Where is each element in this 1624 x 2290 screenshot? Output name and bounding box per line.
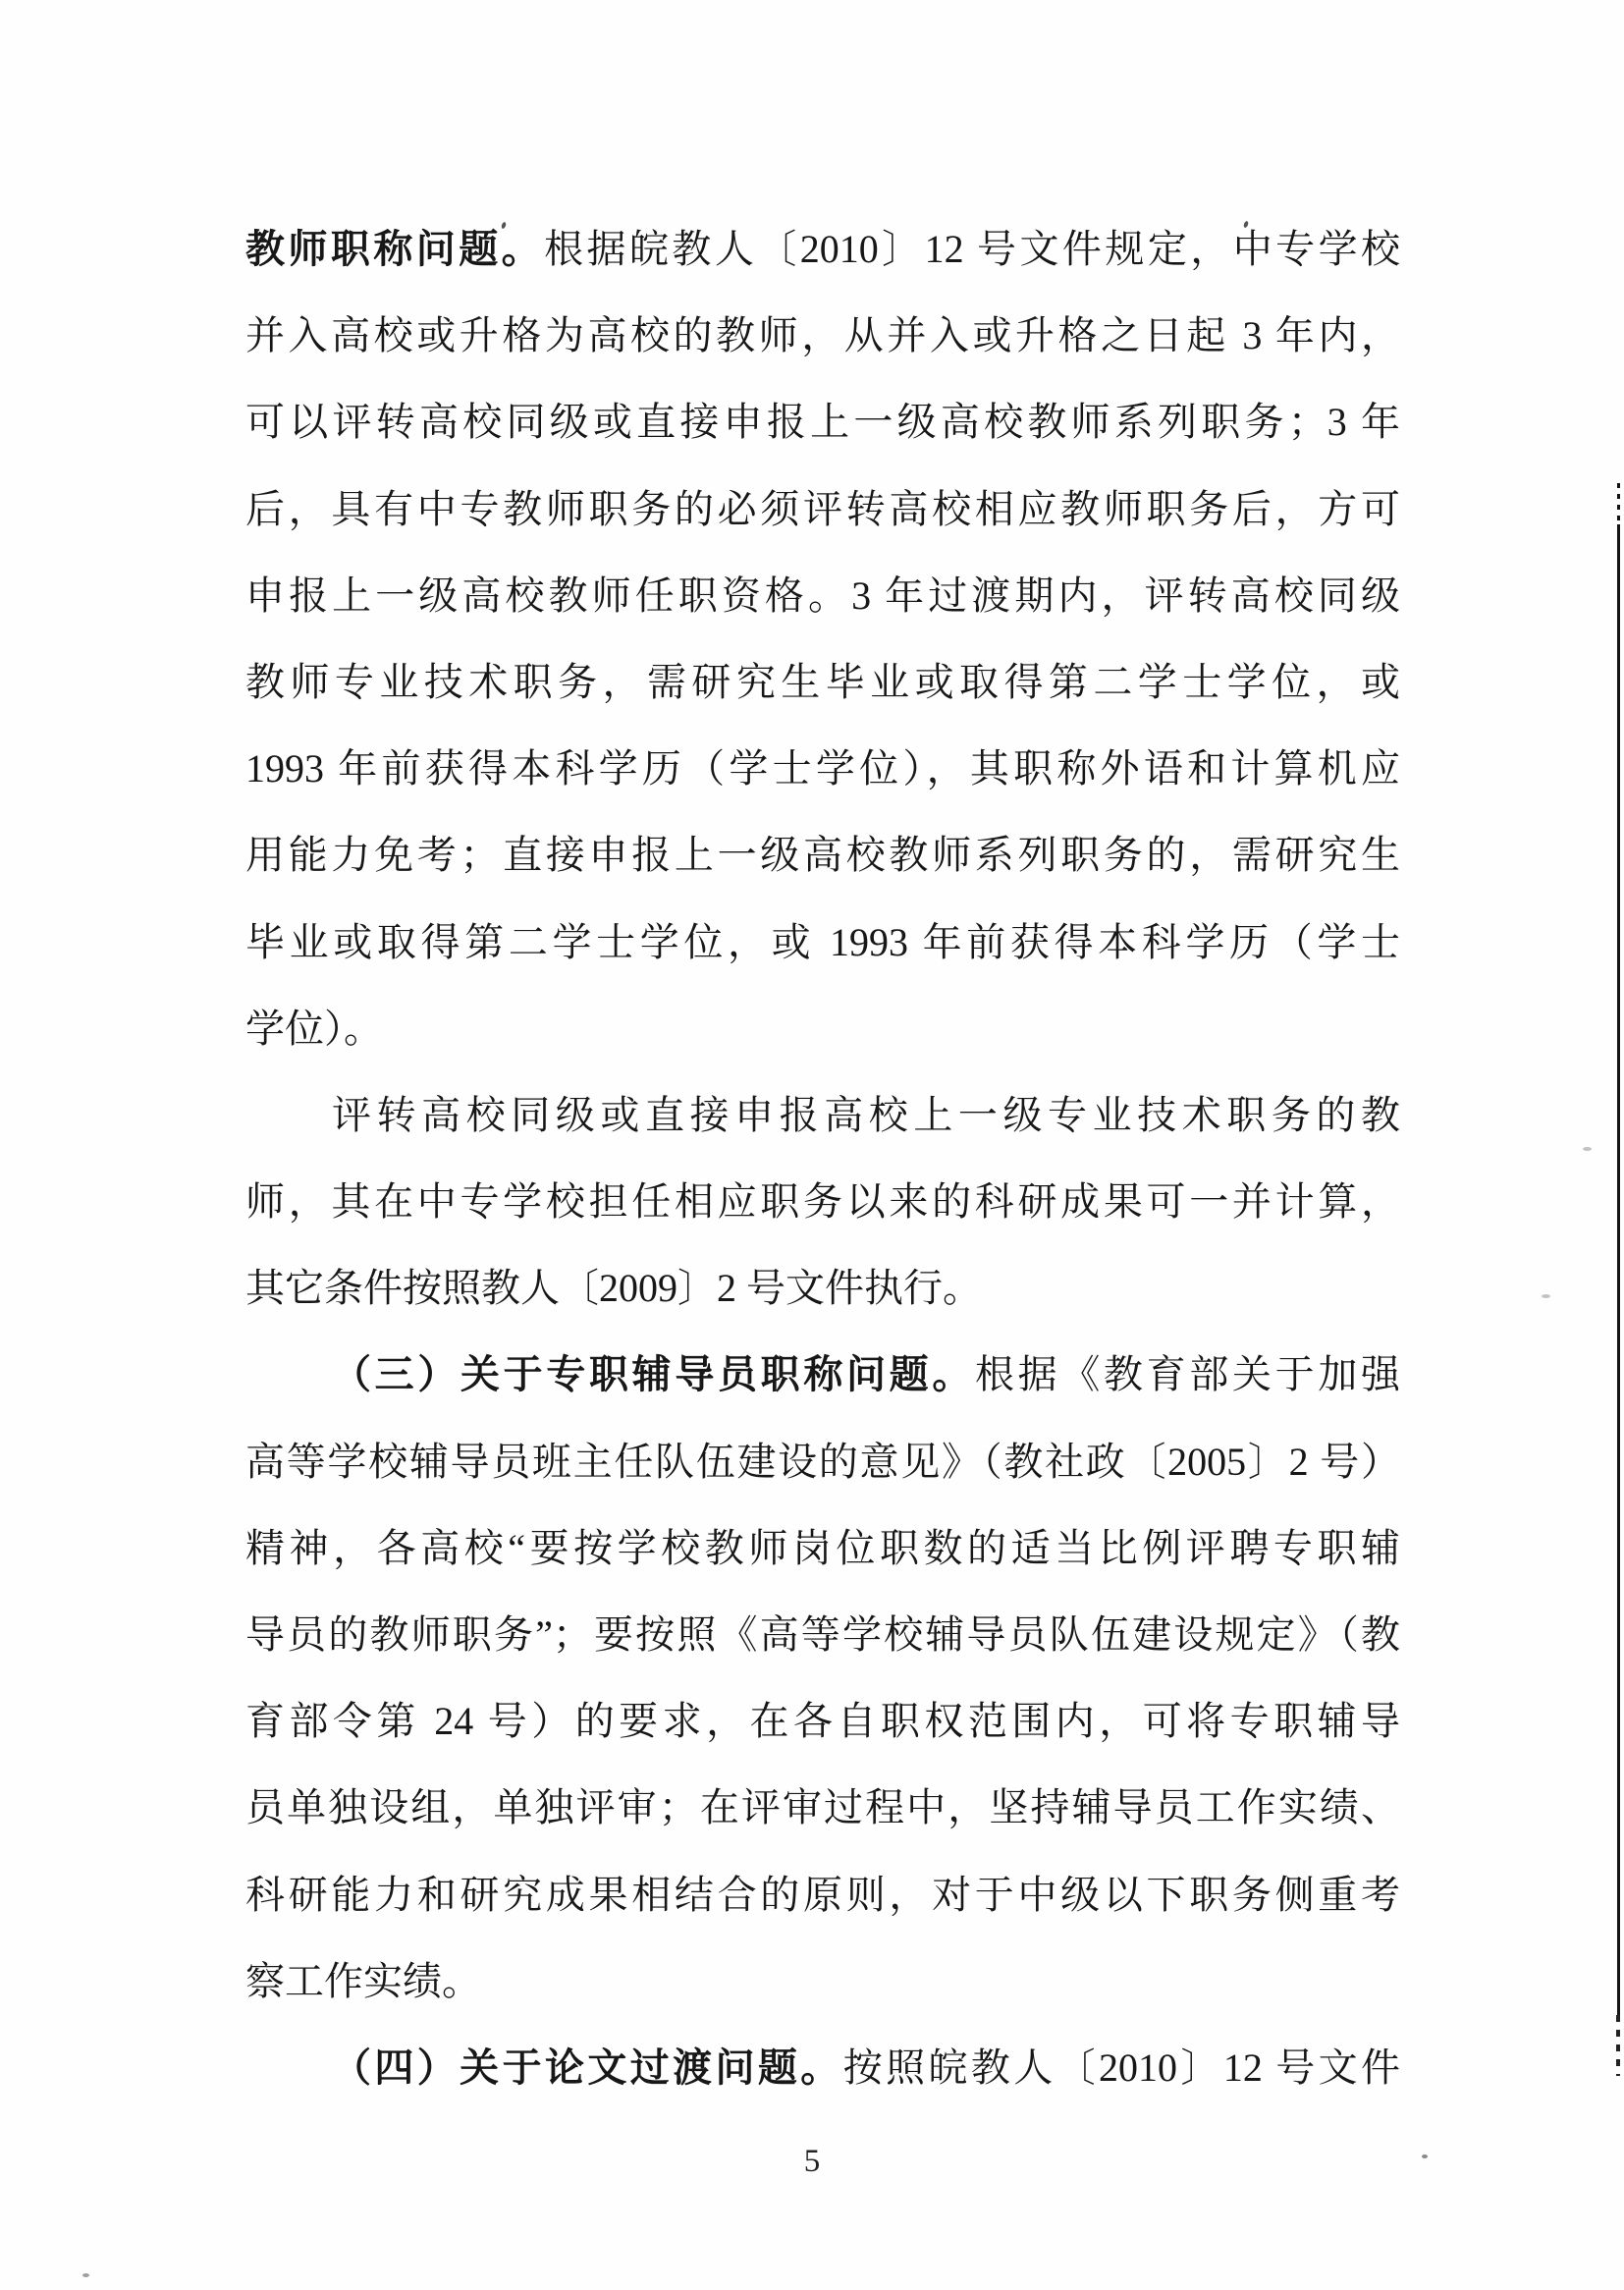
line-text: 根据《教育部关于加强 — [975, 1352, 1400, 1396]
line-text: 并入高校或升格为高校的教师，从并入或升格之日起 3 年内， — [245, 313, 1400, 357]
scan-artifact-line-bottom — [1616, 2015, 1620, 2076]
scan-speck — [82, 2273, 89, 2277]
text-line: 教师专业技术职务，需研究生毕业或取得第二学士学位，或 — [245, 639, 1400, 726]
line-text: 员单独设组，单独评审；在评审过程中，坚持辅导员工作实绩、 — [245, 1785, 1400, 1829]
line-text: 精神，各高校“要按学校教师岗位职数的适当比例评聘专职辅 — [245, 1526, 1400, 1570]
line-text: 科研能力和研究成果相结合的原则，对于中级以下职务侧重考 — [245, 1873, 1400, 1917]
line-text: 后，具有中专教师职务的必须评转高校相应教师职务后，方可 — [245, 487, 1400, 531]
text-line: 评转高校同级或直接申报高校上一级专业技术职务的教 — [245, 1072, 1400, 1159]
line-text: 用能力免考；直接申报上一级高校教师系列职务的，需研究生 — [245, 833, 1400, 877]
text-line: 高等学校辅导员班主任队伍建设的意见》（教社政〔2005〕2 号） — [245, 1419, 1400, 1505]
bold-heading: （三）关于专职辅导员职称问题。 — [332, 1352, 975, 1396]
text-line: 察工作实绩。 — [245, 1938, 1400, 2025]
text-line: 毕业或取得第二学士学位，或 1993 年前获得本科学历（学士 — [245, 900, 1400, 986]
line-text: 学位）。 — [245, 1007, 383, 1051]
bold-heading: 教师职称问题。 — [245, 227, 544, 271]
document-body: 教师职称问题。根据皖教人〔2010〕12 号文件规定，中专学校并入高校或升格为高… — [245, 206, 1400, 2111]
text-line: 后，具有中专教师职务的必须评转高校相应教师职务后，方可 — [245, 466, 1400, 553]
line-text: 导员的教师职务”；要按照《高等学校辅导员队伍建设规定》（教 — [245, 1612, 1400, 1657]
scan-artifact-line-top — [1617, 483, 1620, 524]
line-text: 评转高校同级或直接申报高校上一级专业技术职务的教 — [332, 1093, 1400, 1137]
line-text: 察工作实绩。 — [245, 1959, 481, 2003]
line-text: 1993 年前获得本科学历（学士学位），其职称外语和计算机应 — [245, 746, 1400, 791]
text-line: （四）关于论文过渡问题。按照皖教人〔2010〕12 号文件 — [245, 2025, 1400, 2111]
text-line: 申报上一级高校教师任职资格。3 年过渡期内，评转高校同级 — [245, 553, 1400, 639]
line-text: 师，其在中专学校担任相应职务以来的科研成果可一并计算， — [245, 1179, 1400, 1224]
line-text: 育部令第 24 号）的要求，在各自职权范围内，可将专职辅导 — [245, 1699, 1400, 1743]
text-line: 学位）。 — [245, 986, 1400, 1072]
text-line: 师，其在中专学校担任相应职务以来的科研成果可一并计算， — [245, 1159, 1400, 1245]
text-line: 可以评转高校同级或直接申报上一级高校教师系列职务；3 年 — [245, 379, 1400, 465]
text-line: 员单独设组，单独评审；在评审过程中，坚持辅导员工作实绩、 — [245, 1765, 1400, 1851]
text-line: 育部令第 24 号）的要求，在各自职权范围内，可将专职辅导 — [245, 1678, 1400, 1765]
scan-speck — [1422, 2154, 1428, 2158]
scan-speck — [1542, 1294, 1550, 1298]
text-line: 并入高校或升格为高校的教师，从并入或升格之日起 3 年内， — [245, 293, 1400, 379]
line-text: 根据皖教人〔2010〕12 号文件规定，中专学校 — [544, 227, 1400, 271]
line-text: 高等学校辅导员班主任队伍建设的意见》（教社政〔2005〕2 号） — [245, 1440, 1400, 1484]
line-text: 毕业或取得第二学士学位，或 1993 年前获得本科学历（学士 — [245, 920, 1400, 964]
line-text: 可以评转高校同级或直接申报上一级高校教师系列职务；3 年 — [245, 400, 1400, 444]
text-line: 教师职称问题。根据皖教人〔2010〕12 号文件规定，中专学校 — [245, 206, 1400, 293]
text-line: 导员的教师职务”；要按照《高等学校辅导员队伍建设规定》（教 — [245, 1592, 1400, 1678]
text-line: 精神，各高校“要按学校教师岗位职数的适当比例评聘专职辅 — [245, 1505, 1400, 1592]
line-text: 教师专业技术职务，需研究生毕业或取得第二学士学位，或 — [245, 660, 1400, 704]
line-text: 按照皖教人〔2010〕12 号文件 — [843, 2045, 1400, 2090]
text-line: （三）关于专职辅导员职称问题。根据《教育部关于加强 — [245, 1332, 1400, 1418]
text-line: 用能力免考；直接申报上一级高校教师系列职务的，需研究生 — [245, 812, 1400, 899]
page-number: 5 — [0, 2144, 1624, 2180]
line-text: 其它条件按照教人〔2009〕2 号文件执行。 — [245, 1266, 982, 1310]
scan-artifact-line — [1617, 524, 1620, 2015]
text-line: 1993 年前获得本科学历（学士学位），其职称外语和计算机应 — [245, 726, 1400, 812]
scan-speck — [1583, 1147, 1592, 1151]
bold-heading: （四）关于论文过渡问题。 — [332, 2045, 843, 2090]
line-text: 申报上一级高校教师任职资格。3 年过渡期内，评转高校同级 — [245, 573, 1400, 618]
document-page: 教师职称问题。根据皖教人〔2010〕12 号文件规定，中专学校并入高校或升格为高… — [0, 0, 1624, 2290]
text-line: 科研能力和研究成果相结合的原则，对于中级以下职务侧重考 — [245, 1852, 1400, 1938]
text-line: 其它条件按照教人〔2009〕2 号文件执行。 — [245, 1245, 1400, 1332]
